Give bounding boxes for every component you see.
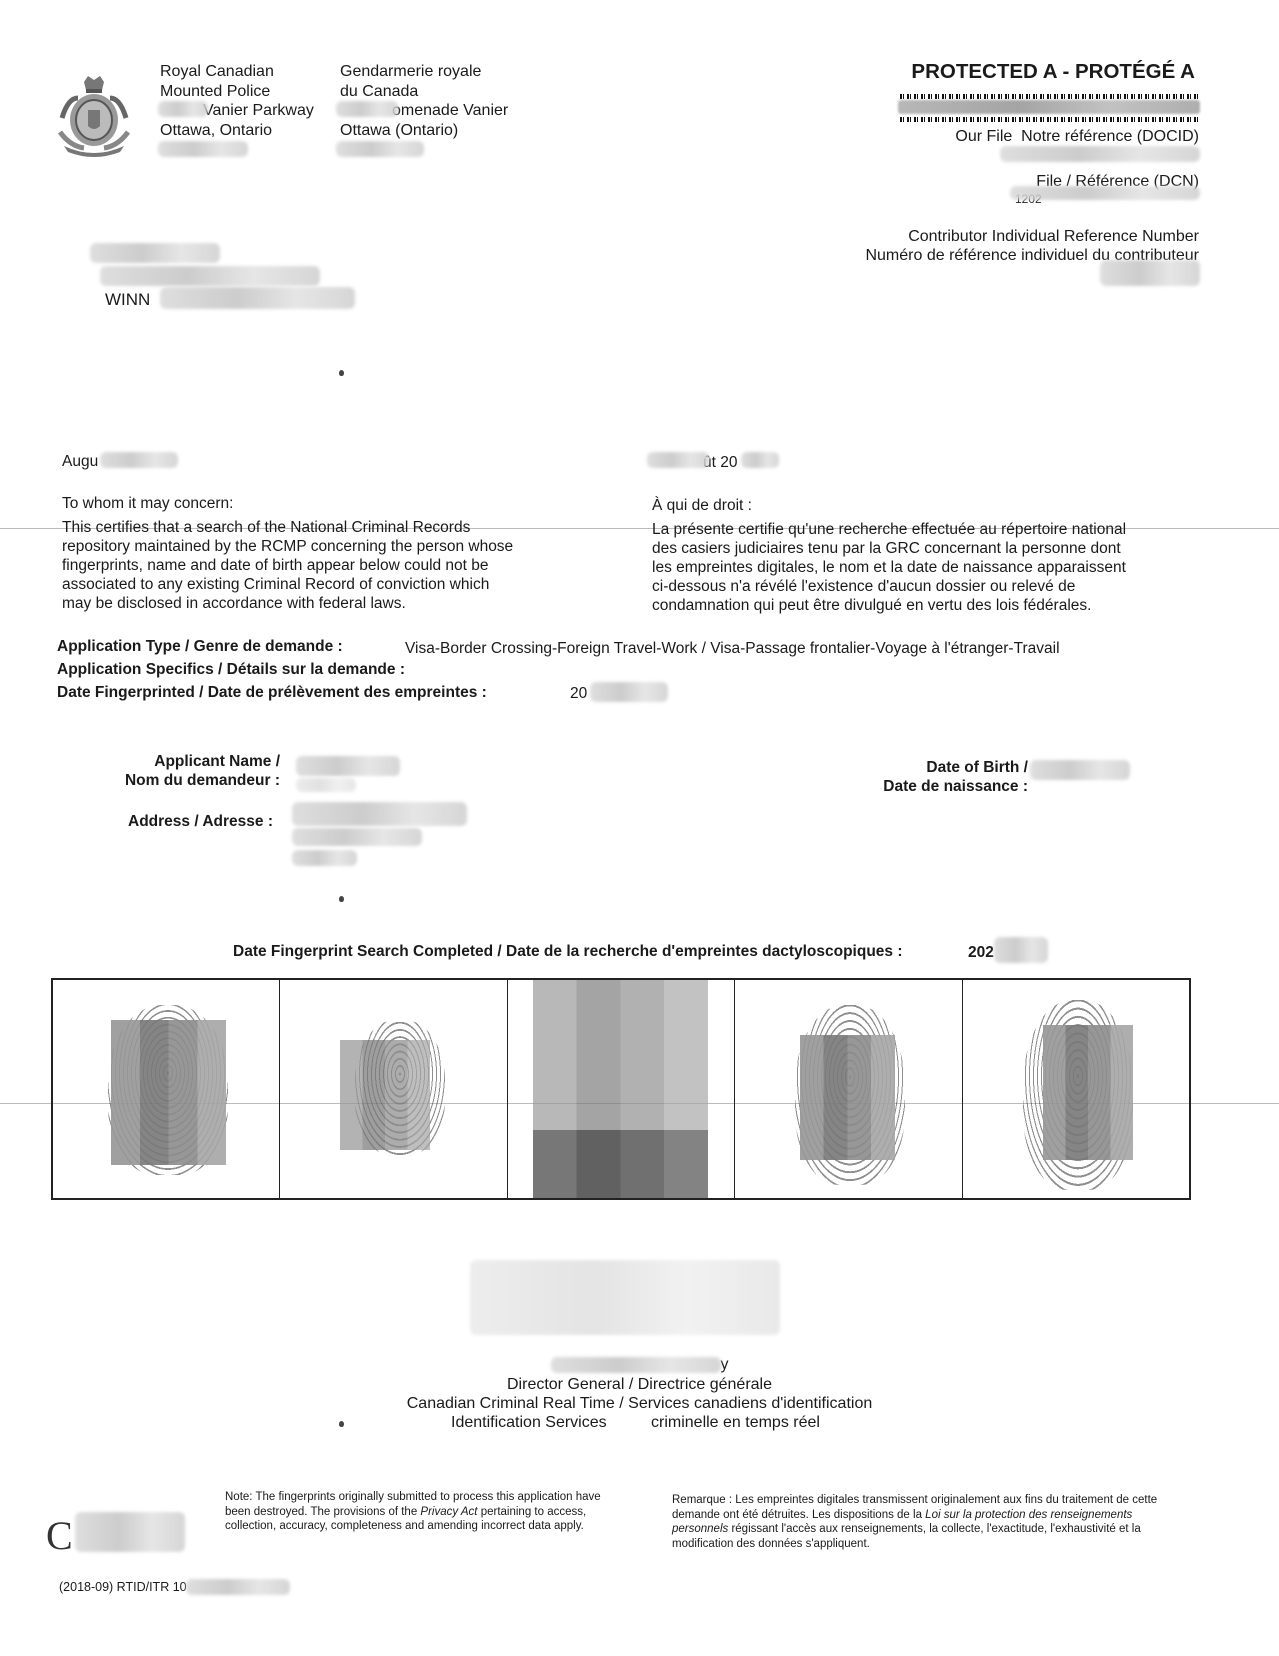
redacted-contributor-number [1100,260,1200,286]
redacted-date-fr-prefix [647,452,709,468]
form-code: (2018-09) RTID/ITR 10 [59,1580,187,1594]
signatory-title: Director General / Directrice générale [0,1375,1279,1395]
redacted-date-en [100,452,178,468]
redacted-fingerprint [800,1035,895,1160]
redacted-street-number-en [158,101,208,117]
fingerprint-cell [280,980,507,1198]
scan-speck [339,370,344,376]
rcmp-crest-icon [56,72,132,160]
recipient-city: WINN [105,290,150,310]
redacted-our-file-value [1000,146,1200,162]
fingerprint-cell [53,980,280,1198]
redacted-street-number-fr [336,101,398,117]
date-fingerprinted-value: 20 [570,684,587,703]
redacted-recipient-name [90,243,220,263]
fingerprint-cell [508,980,735,1198]
address-label: Address / Adresse : [128,812,273,831]
contributor-label-en: Contributor Individual Reference Number [908,227,1199,247]
redacted-fingerprint [111,1020,226,1165]
certification-text-fr: La présente certifie qu'une recherche ef… [652,520,1126,615]
redacted-fingerprint [1043,1025,1133,1160]
search-completed-label: Date Fingerprint Search Completed / Date… [233,942,903,961]
redacted-barcode-value [898,100,1200,114]
redacted-signatory-name [551,1357,721,1373]
our-file-label: Our File Notre référence (DOCID) [955,127,1199,147]
footer-note-en: Note: The fingerprints originally submit… [225,1490,615,1534]
classification-marking: PROTECTED A - PROTÉGÉ A [911,60,1195,84]
canada-wordmark: C [46,1512,73,1559]
barcode [900,117,1200,122]
redacted-form-code [186,1579,290,1595]
scan-speck [339,1421,344,1427]
redacted-address-line3 [292,850,357,866]
redacted-search-completed-date [994,937,1048,963]
redacted-applicant-name-line2 [296,778,356,792]
redacted-date-fr-year [741,452,779,468]
applicant-name-label: Applicant Name / Nom du demandeur : [110,752,280,790]
application-type-label: Application Type / Genre de demande : [57,637,343,656]
fingerprint-cell [963,980,1189,1198]
application-type-value: Visa-Border Crossing-Foreign Travel-Work… [405,639,1060,658]
certification-text-en: This certifies that a search of the Nati… [62,518,513,613]
redacted-file-dcn-value [1010,186,1200,200]
fingerprint-panel [51,978,1191,1200]
redacted-signature [470,1260,780,1335]
fingerprint-cell [735,980,962,1198]
redacted-photo-dark [533,1130,708,1198]
search-completed-value: 202 [968,943,994,962]
redacted-address-line1 [292,802,467,826]
salutation-fr: À qui de droit : [652,496,752,515]
redacted-postal-code-en [158,141,248,157]
redacted-recipient-street [100,266,320,286]
redacted-postal-code-fr [336,141,424,157]
redacted-wordmark [75,1512,185,1552]
scan-speck [339,896,344,902]
signatory-org-line1: Canadian Criminal Real Time / Services c… [0,1394,1279,1414]
redacted-fingerprint [340,1040,430,1150]
footer-note-fr: Remarque : Les empreintes digitales tran… [672,1493,1182,1551]
date-fingerprinted-label: Date Fingerprinted / Date de prélèvement… [57,683,487,702]
signatory-name: y [0,1355,1279,1375]
date-en: Augu [62,452,98,471]
redacted-date-of-birth [1030,760,1130,780]
signatory-org-line2-en: Identification Services [451,1413,607,1433]
application-specifics-label: Application Specifics / Détails sur la d… [57,660,405,679]
salutation-en: To whom it may concern: [62,494,233,513]
barcode [900,94,1200,99]
redacted-address-line2 [292,828,422,846]
date-of-birth-label: Date of Birth / Date de naissance : [850,758,1028,796]
redacted-date-fingerprinted [590,682,668,702]
redacted-recipient-city [160,287,355,309]
redacted-applicant-name [296,756,400,776]
signatory-org-line2-fr: criminelle en temps réel [651,1413,820,1433]
